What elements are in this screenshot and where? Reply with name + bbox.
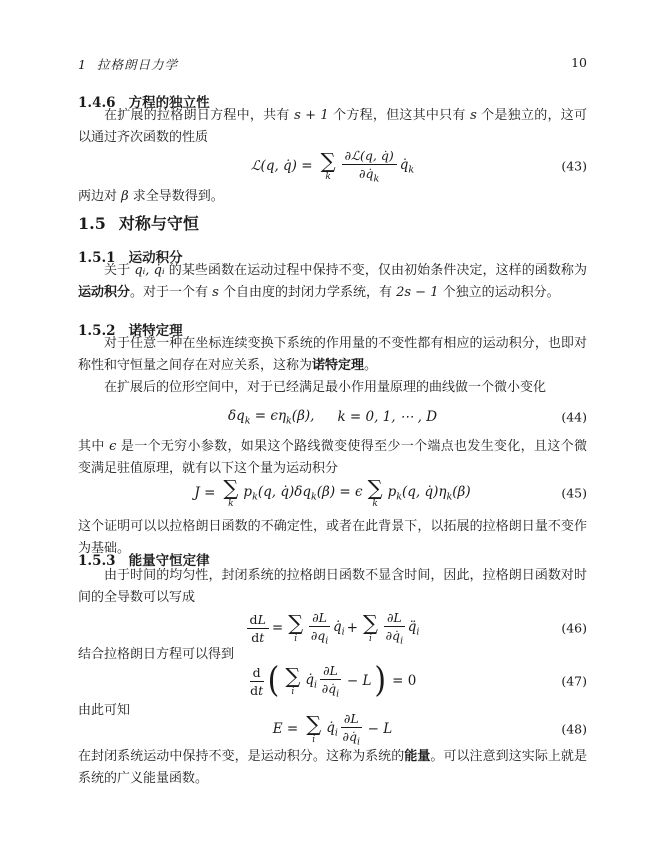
text-run: d	[251, 630, 259, 645]
text-run: = ϵη	[250, 408, 286, 424]
text-run: (β) = ϵ	[317, 484, 363, 500]
subscript: k	[374, 173, 380, 184]
text-run: (β)	[452, 484, 470, 500]
paragraph-energy-intro: 由于时间的均匀性，封闭系统的拉格朗日函数不显含时间，因此，拉格朗日函数对时间的全…	[78, 565, 587, 609]
denominator: dt	[250, 682, 263, 698]
math-lhs: E =	[273, 721, 298, 737]
equation-number-45: (45)	[561, 486, 587, 501]
equals-sign: =	[272, 620, 283, 636]
text-run: t	[259, 630, 264, 645]
sigma-glyph: ∑	[288, 613, 303, 634]
equation-44: δqk = ϵηk(β), k = 0, 1, ⋯ , D (44)	[78, 404, 587, 430]
paragraph-motion-integral: 关于 qᵢ, q̇ᵢ 的某些函数在运动过程中保持不变，仅由初始条件决定，这样的函…	[78, 260, 587, 304]
sum-subscript: i	[369, 635, 372, 644]
paragraph-eq-independence: 在扩展的拉格朗日方程中，共有 s + 1 个方程，但这其中只有 s 个是独立的，…	[78, 105, 587, 149]
text-run: 在扩展后的位形空间中，对于已经满足最小作用量原理的曲线做一个微小变化	[104, 380, 546, 395]
fraction: ∂L∂q̇i	[320, 663, 341, 700]
equation-number-46: (46)	[561, 621, 587, 636]
text-run: p	[243, 484, 252, 500]
text-run: 是一个无穷小参数，如果这个路线微变使得至少一个端点也发生变化，且这个微变满足驻值…	[78, 439, 587, 476]
running-header: 1拉格朗日力学 10	[78, 55, 587, 73]
math-condition: k = 0, 1, ⋯ , D	[337, 409, 437, 425]
text-run: q̇	[326, 720, 335, 736]
sum-symbol: ∑k	[321, 151, 336, 182]
equation-48: E = ∑i q̇i ∂L∂q̇i − L (48)	[78, 708, 587, 750]
heading-number: 1.5	[78, 214, 106, 233]
subscript: i	[335, 727, 338, 738]
sigma-glyph: ∑	[223, 478, 238, 499]
text-run: ∂q̇	[322, 681, 336, 696]
numerator: ∂L	[384, 610, 405, 627]
header-section-title: 拉格朗日力学	[97, 57, 178, 72]
pdf-page: 1拉格朗日力学 10 1.4.6方程的独立性 在扩展的拉格朗日方程中，共有 s …	[0, 0, 660, 854]
text-run: 两边对	[78, 189, 121, 204]
text-run: 由于时间的均匀性，封闭系统的拉格朗日函数不显含时间，因此，拉格朗日函数对时间的全…	[78, 568, 587, 605]
sigma-glyph: ∑	[306, 714, 321, 735]
sum-subscript: i	[291, 688, 294, 697]
numerator: ∂ℒ(q, q̇)	[342, 148, 397, 165]
math-term: pk(q, q̇)ηk(β)	[388, 484, 471, 503]
fraction: ddt	[250, 665, 264, 698]
math-term: − L	[347, 673, 372, 689]
sigma-glyph: ∑	[368, 478, 383, 499]
term-noether: 诺特定理	[312, 358, 364, 373]
text-run: 在扩展的拉格朗日方程中，共有	[104, 108, 294, 123]
text-run: ∂q̇	[343, 729, 357, 744]
term-motion-integral: 运动积分	[78, 285, 130, 300]
text-run: q̇	[305, 672, 314, 688]
heading-1-5: 1.5对称与守恒	[78, 211, 587, 234]
header-section-number: 1	[78, 57, 87, 72]
text-run: 其中	[78, 439, 109, 454]
paragraph-config-space: 在扩展后的位形空间中，对于已经满足最小作用量原理的曲线做一个微小变化	[78, 377, 587, 399]
paragraph-noether: 对于任意一种在坐标连续变换下系统的作用量的不变性都有相应的运动积分，也即对称性和…	[78, 333, 587, 377]
numerator: dL	[247, 612, 269, 629]
fraction: ∂L∂q̇i	[384, 610, 405, 647]
subscript: i	[336, 688, 339, 699]
text-run: 个独立的运动积分。	[438, 285, 559, 300]
text-run: (q, q̇)δq	[258, 484, 311, 500]
math-lhs: J =	[194, 485, 215, 501]
text-run: (β),	[292, 408, 315, 424]
fraction: dLdt	[247, 612, 269, 645]
inline-math: s	[212, 285, 219, 300]
math-term: q̈i	[408, 619, 420, 638]
text-run: 关于	[104, 263, 134, 278]
text-run: p	[388, 484, 397, 500]
inline-math: s + 1	[294, 108, 329, 123]
text-run: 求全导数得到。	[129, 189, 224, 204]
text-run: ∂q̇	[386, 628, 400, 643]
denominator: ∂q̇k	[359, 165, 379, 185]
numerator: d	[250, 665, 264, 682]
subscript: i	[342, 626, 345, 637]
equation-43: ℒ(q, q̇) = ∑k ∂ℒ(q, q̇)∂q̇k q̇k (43)	[78, 144, 587, 188]
fraction: ∂L∂q̇i	[341, 711, 362, 748]
sum-subscript: i	[312, 736, 315, 745]
sum-symbol: ∑i	[363, 613, 378, 644]
text-run: 个自由度的封闭力学系统，有	[219, 285, 396, 300]
fraction: ∂L∂qi	[309, 610, 330, 647]
inline-math: qᵢ, q̇ᵢ	[134, 263, 164, 278]
denominator: ∂q̇i	[322, 680, 340, 700]
text-run: 的某些函数在运动过程中保持不变，仅由初始条件决定，这样的函数称为	[165, 263, 587, 278]
sum-subscript: k	[372, 500, 377, 509]
inline-math: 2s − 1	[396, 285, 438, 300]
denominator: ∂q̇i	[343, 728, 361, 748]
sum-subscript: k	[325, 173, 330, 182]
sum-symbol: ∑i	[285, 666, 300, 697]
paragraph-energy-conclusion: 在封闭系统运动中保持不变，是运动积分。这称为系统的能量。可以注意到这实际上就是系…	[78, 746, 587, 790]
subscript: i	[416, 626, 419, 637]
numerator: ∂L	[309, 610, 330, 627]
sigma-glyph: ∑	[321, 151, 336, 172]
text-run: t	[258, 683, 263, 698]
plus-sign: +	[347, 620, 358, 636]
heading-title: 对称与守恒	[119, 214, 199, 233]
paragraph-after-43: 两边对 β 求全导数得到。	[78, 186, 587, 208]
math-term: δqk = ϵηk(β),	[228, 408, 315, 427]
sum-symbol: ∑i	[288, 613, 303, 644]
equation-number-43: (43)	[561, 159, 587, 174]
denominator: dt	[251, 629, 264, 645]
text-run: 。	[364, 358, 377, 373]
math-term: q̇k	[400, 157, 414, 176]
header-section-label: 1拉格朗日力学	[78, 55, 178, 73]
math-term: q̇i	[305, 672, 317, 691]
equation-number-48: (48)	[561, 722, 587, 737]
numerator: ∂L	[341, 711, 362, 728]
text-run: d	[250, 683, 258, 698]
numerator: ∂L	[320, 663, 341, 680]
text-run: d	[250, 612, 258, 627]
math-term: q̇i	[333, 619, 345, 638]
text-run: (q, q̇)η	[402, 484, 447, 500]
math-rhs: = 0	[392, 673, 416, 689]
sum-subscript: k	[228, 500, 233, 509]
equation-number-44: (44)	[561, 410, 587, 425]
text-run: 在封闭系统运动中保持不变，是运动积分。这称为系统的	[78, 749, 404, 764]
subscript: k	[408, 164, 414, 175]
equation-number-47: (47)	[561, 674, 587, 689]
fraction: ∂ℒ(q, q̇)∂q̇k	[342, 148, 397, 185]
math-term: − L	[368, 721, 393, 737]
term-energy: 能量	[404, 749, 430, 764]
text-run: δq	[228, 408, 245, 424]
sum-symbol: ∑k	[223, 478, 238, 509]
text-run: L	[258, 612, 266, 627]
text-run: 。对于一个有	[130, 285, 212, 300]
text-run: ∂q̇	[359, 166, 373, 181]
page-number: 10	[571, 55, 587, 73]
equation-47: ddt ( ∑i q̇i ∂L∂q̇i − L ) = 0 (47)	[78, 658, 587, 704]
inline-math: β	[121, 189, 129, 204]
equation-45: J = ∑k pk(q, q̇)δqk(β) = ϵ ∑k pk(q, q̇)η…	[78, 472, 587, 514]
math-lhs: ℒ(q, q̇) =	[251, 158, 313, 174]
text-run: 个方程，但这其中只有	[329, 108, 470, 123]
inline-math: s	[470, 108, 477, 123]
sum-subscript: i	[294, 635, 297, 644]
math-term: q̇i	[326, 720, 338, 739]
sigma-glyph: ∑	[285, 666, 300, 687]
text-run: ∂q	[311, 628, 325, 643]
math-term: pk(q, q̇)δqk(β) = ϵ	[243, 484, 362, 503]
sum-symbol: ∑i	[306, 714, 321, 745]
sigma-glyph: ∑	[363, 613, 378, 634]
sum-symbol: ∑k	[368, 478, 383, 509]
text-run: q̇	[333, 619, 342, 635]
subscript: i	[314, 679, 317, 690]
